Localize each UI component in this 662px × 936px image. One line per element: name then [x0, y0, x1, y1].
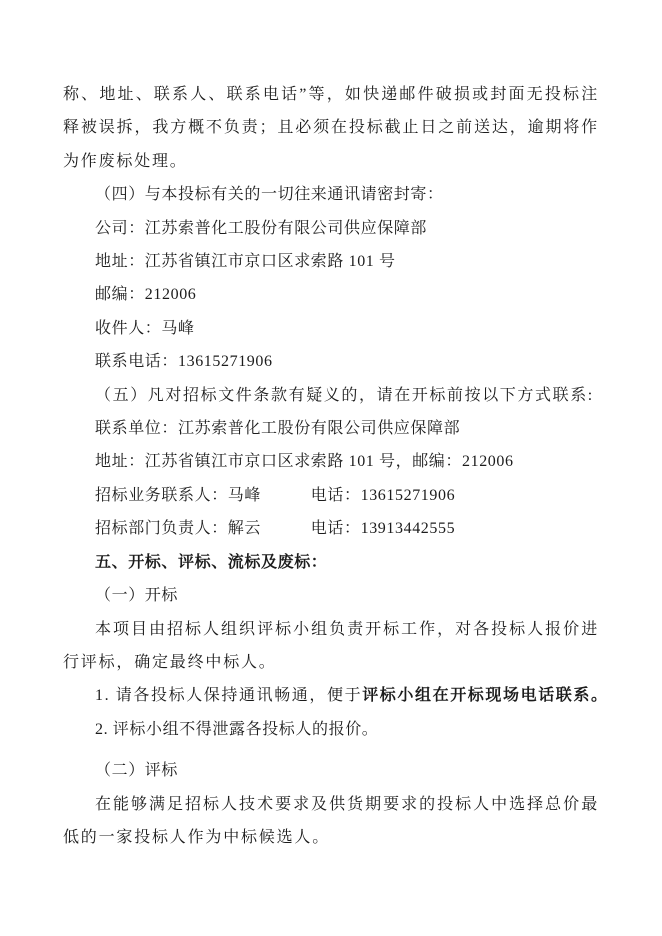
- numbered-item-1-bold-text: 评标小组在开标现场电话联系。: [362, 687, 608, 704]
- numbered-item-1-prefix: 1. 请各投标人保持通讯畅通，便于: [95, 687, 362, 704]
- document-page: 称、地址、联系人、联系电话”等，如快递邮件破损或封面无投标注释被误拆，我方概不负…: [0, 0, 662, 936]
- line-contact-phone: 联系电话：13615271906: [63, 345, 599, 378]
- para-inquiry-contact-note: （五）凡对招标文件条款有疑义的，请在开标前按以下方式联系:: [63, 379, 599, 412]
- line-company: 公司：江苏索普化工股份有限公司供应保障部: [63, 212, 599, 245]
- para-numbered-item-2: 2. 评标小组不得泄露各投标人的报价。: [63, 713, 599, 746]
- line-postcode: 邮编：212006: [63, 278, 599, 311]
- para-courier-damage-note: 称、地址、联系人、联系电话”等，如快递邮件破损或封面无投标注释被误拆，我方概不负…: [63, 78, 599, 178]
- line-subsection-bid-opening: （一）开标: [63, 579, 599, 612]
- line-contact-address: 地址：江苏省镇江市京口区求索路 101 号，邮编：212006: [63, 445, 599, 478]
- para-bid-opening-desc: 本项目由招标人组织评标小组负责开标工作，对各投标人报价进行评标，确定最终中标人。: [63, 613, 599, 680]
- line-recipient: 收件人：马峰: [63, 312, 599, 345]
- para-numbered-item-1: 1. 请各投标人保持通讯畅通，便于评标小组在开标现场电话联系。: [63, 679, 599, 712]
- line-address: 地址：江苏省镇江市京口区求索路 101 号: [63, 245, 599, 278]
- heading-bid-opening-evaluation: 五、开标、评标、流标及废标：: [63, 546, 599, 579]
- line-contact-unit: 联系单位：江苏索普化工股份有限公司供应保障部: [63, 412, 599, 445]
- line-bid-dept-head: 招标部门负责人：解云 电话：13913442555: [63, 512, 599, 545]
- line-subsection-evaluation: （二）评标: [63, 754, 599, 787]
- para-evaluation-desc: 在能够满足招标人技术要求及供货期要求的投标人中选择总价最低的一家投标人作为中标候…: [63, 788, 599, 855]
- para-correspondence-seal-note: （四）与本投标有关的一切往来通讯请密封寄：: [63, 178, 599, 211]
- line-bid-business-contact: 招标业务联系人：马峰 电话：13615271906: [63, 479, 599, 512]
